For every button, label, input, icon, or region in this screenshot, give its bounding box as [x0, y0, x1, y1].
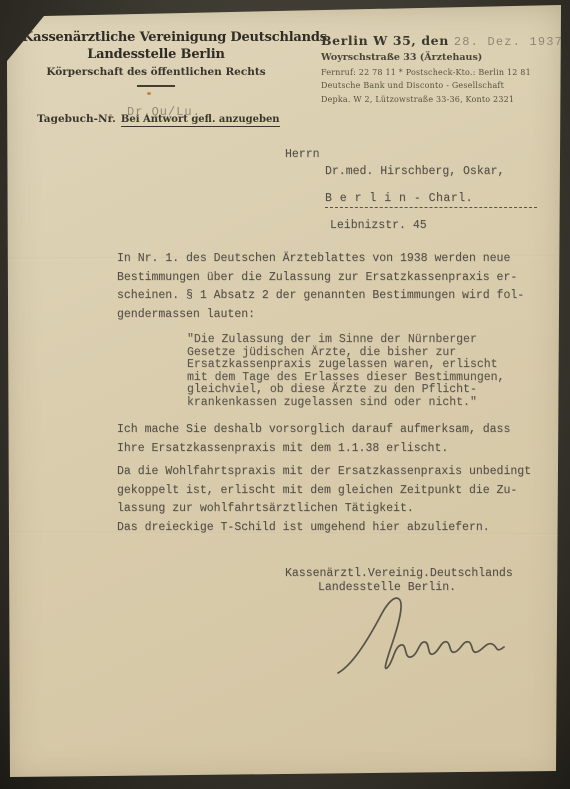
paper-speck: [147, 92, 151, 95]
paragraph-2-line: Ihre Ersatzkassenpraxis mit dem 1.1.38 e…: [117, 440, 510, 459]
paragraph-3: Da die Wohlfahrtspraxis mit der Ersatzka…: [117, 463, 531, 519]
phone-postcheck-line: Fernruf: 22 78 11 * Postscheck-Kto.: Ber…: [321, 68, 556, 77]
paragraph-4-line: Das dreieckige T-Schild ist umgehend hie…: [117, 519, 490, 538]
letterhead-divider: [137, 85, 175, 87]
reference-block: Tagebuch-Nr. Dr.Qu/Lu. Bei Antwort gefl.…: [37, 107, 280, 127]
quote-line: krankenkassen zugelassen sind oder nicht…: [187, 397, 504, 410]
typed-date: 28. Dez. 1937: [454, 35, 563, 49]
paragraph-2: Ich mache Sie deshalb vorsorglich darauf…: [117, 421, 510, 458]
paragraph-3-line: Da die Wohlfahrtspraxis mit der Ersatzka…: [117, 463, 531, 482]
paragraph-1-line: Bestimmungen über die Zulassung zur Ersa…: [117, 269, 524, 288]
closing-block: Kassenärztl.Vereinig.Deutschlands Landes…: [285, 567, 513, 594]
paragraph-1-line: gendermassen lauten:: [117, 306, 524, 325]
paragraph-4: Das dreieckige T-Schild ist umgehend hie…: [117, 519, 490, 538]
paragraph-1: In Nr. 1. des Deutschen Ärzteblattes von…: [117, 250, 524, 324]
recipient-name: Dr.med. Hirschberg, Oskar,: [325, 165, 504, 178]
letterhead-org-subtitle: Körperschaft des öffentlichen Rechts: [22, 66, 290, 78]
handwritten-signature: [330, 591, 512, 679]
journal-number-label: Tagebuch-Nr.: [37, 113, 116, 125]
quote-line: "Die Zulassung der im Sinne der Nürnberg…: [187, 334, 504, 347]
closing-org: Kassenärztl.Vereinig.Deutschlands: [285, 567, 513, 581]
paragraph-3-line: gekoppelt ist, erlischt mit dem gleichen…: [117, 482, 531, 501]
bank-line-2: Depka. W 2, Lützowstraße 33-36, Konto 23…: [321, 95, 556, 104]
recipient-street: Leibnizstr. 45: [330, 219, 427, 232]
paragraph-2-line: Ich mache Sie deshalb vorsorglich darauf…: [117, 421, 510, 440]
bank-line-1: Deutsche Bank und Disconto - Gesellschaf…: [321, 81, 556, 90]
journal-number-value: Dr.Qu/Lu.: [127, 105, 201, 119]
city-label: Berlin W 35, den: [321, 33, 449, 48]
paragraph-1-line: scheinen. § 1 Absatz 2 der genannten Bes…: [117, 287, 524, 306]
signature-stroke: [338, 598, 504, 673]
quoted-regulation: "Die Zulassung der im Sinne der Nürnberg…: [187, 334, 504, 410]
paragraph-3-line: lassung zur wohlfahrtsärztlichen Tätigke…: [117, 500, 531, 519]
date-line: Berlin W 35, den 28. Dez. 1937: [321, 33, 556, 49]
header-right: Berlin W 35, den 28. Dez. 1937 Woyrschst…: [321, 33, 556, 104]
paragraph-1-line: In Nr. 1. des Deutschen Ärzteblattes von…: [117, 250, 524, 269]
letter-paper: Kassenärztliche Vereinigung Deutschlands…: [0, 0, 570, 789]
recipient-city: B e r l i n - Charl.: [325, 192, 537, 208]
letterhead-org-branch: Landesstelle Berlin: [22, 47, 290, 62]
letterhead: Kassenärztliche Vereinigung Deutschlands…: [22, 30, 290, 87]
letterhead-org-name: Kassenärztliche Vereinigung Deutschlands: [22, 30, 290, 45]
street-address: Woyrschstraße 33 (Ärztehaus): [321, 52, 556, 63]
letter-photo: Kassenärztliche Vereinigung Deutschlands…: [0, 0, 570, 789]
quote-line: Ersatzkassenpraxis zugelassen waren, erl…: [187, 359, 504, 372]
recipient-salutation: Herrn: [285, 148, 320, 161]
